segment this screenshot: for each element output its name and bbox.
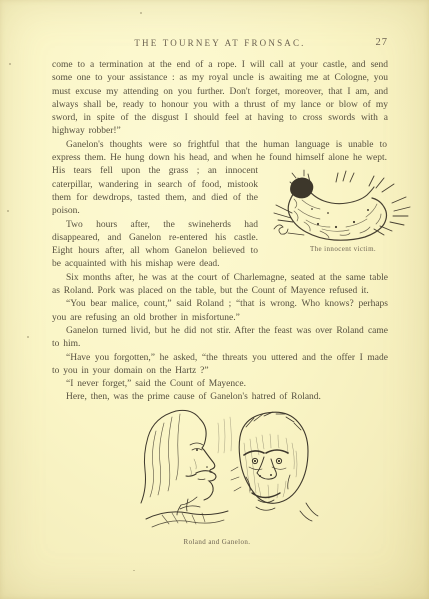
- paragraph: Six months after, he was at the court of…: [52, 272, 388, 299]
- scan-speck: [27, 336, 29, 338]
- paragraph: “You bear malice, count,” said Roland ; …: [52, 298, 388, 325]
- page-content: THE TOURNEY AT FRONSAC. 27 come to a ter…: [52, 38, 388, 549]
- paragraph: “I never forget,” said the Count of Maye…: [52, 378, 388, 391]
- paragraph: come to a termination at the end of a ro…: [52, 59, 388, 139]
- scan-speck: [9, 63, 11, 65]
- caterpillar-illustration: [268, 166, 418, 242]
- text-wrap-section: The innocent victim. Ganelon's thoughts …: [52, 139, 388, 272]
- scan-speck: [133, 570, 135, 571]
- paragraph: Ganelon turned livid, but he did not sti…: [52, 325, 388, 352]
- caterpillar-figure: The innocent victim.: [268, 166, 418, 256]
- scan-speck: [7, 210, 9, 212]
- scan-speck: [140, 12, 142, 14]
- body-text: come to a termination at the end of a ro…: [52, 59, 388, 549]
- page-header: THE TOURNEY AT FRONSAC. 27: [52, 38, 388, 50]
- roland-ganelon-figure: Roland and Ganelon.: [110, 407, 324, 549]
- running-title: THE TOURNEY AT FRONSAC.: [52, 38, 388, 48]
- float-spacer: [387, 139, 388, 166]
- roland-ganelon-illustration: [110, 407, 324, 535]
- roland-ganelon-caption: Roland and Ganelon.: [110, 536, 324, 549]
- book-page: THE TOURNEY AT FRONSAC. 27 come to a ter…: [0, 0, 429, 599]
- caterpillar-caption: The innocent victim.: [268, 243, 418, 256]
- paragraph: “Have you forgotten,” he asked, “the thr…: [52, 352, 388, 379]
- page-number: 27: [376, 37, 389, 48]
- paragraph: Here, then, was the prime cause of Ganel…: [52, 391, 388, 404]
